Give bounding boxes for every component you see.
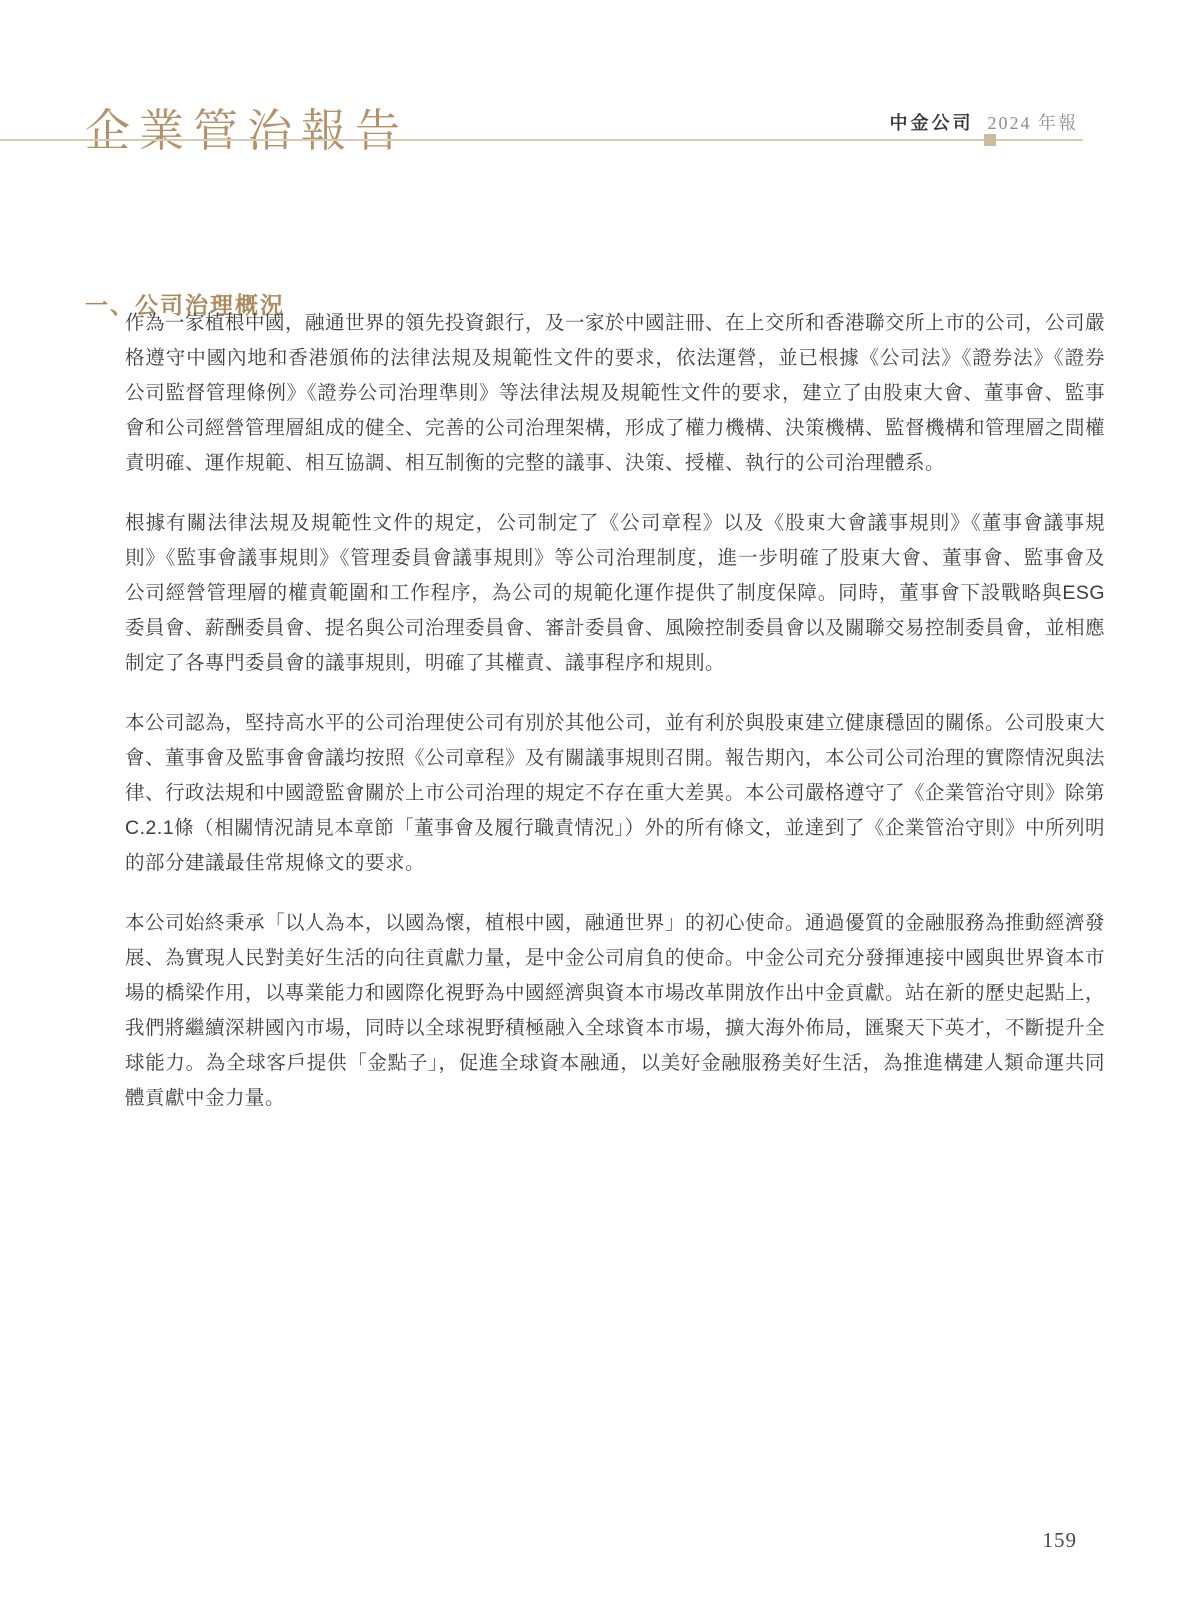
divider-square-marker [984, 134, 996, 146]
paragraph: 本公司始終秉承「以人為本，以國為懷，植根中國，融通世界」的初心使命。通過優質的金… [125, 906, 1105, 1116]
report-page: 企業管治報告 中金公司2024 年報 一、公司治理概況 作為一家植根中國，融通世… [0, 0, 1190, 1615]
paragraph: 根據有關法律法規及規範性文件的規定，公司制定了《公司章程》以及《股東大會議事規則… [125, 506, 1105, 681]
page-title: 企業管治報告 [85, 94, 409, 159]
section-body: 作為一家植根中國，融通世界的領先投資銀行，及一家於中國註冊、在上交所和香港聯交所… [125, 306, 1105, 1141]
header-meta: 中金公司2024 年報 [890, 109, 1079, 135]
paragraph: 本公司認為，堅持高水平的公司治理使公司有別於其他公司，並有利於與股東建立健康穩固… [125, 706, 1105, 881]
paragraph: 作為一家植根中國，融通世界的領先投資銀行，及一家於中國註冊、在上交所和香港聯交所… [125, 306, 1105, 481]
brand-name: 中金公司 [890, 113, 974, 133]
edition-label: 2024 年報 [988, 113, 1079, 133]
page-number: 159 [1043, 1528, 1078, 1553]
header-divider-line [0, 139, 1083, 141]
